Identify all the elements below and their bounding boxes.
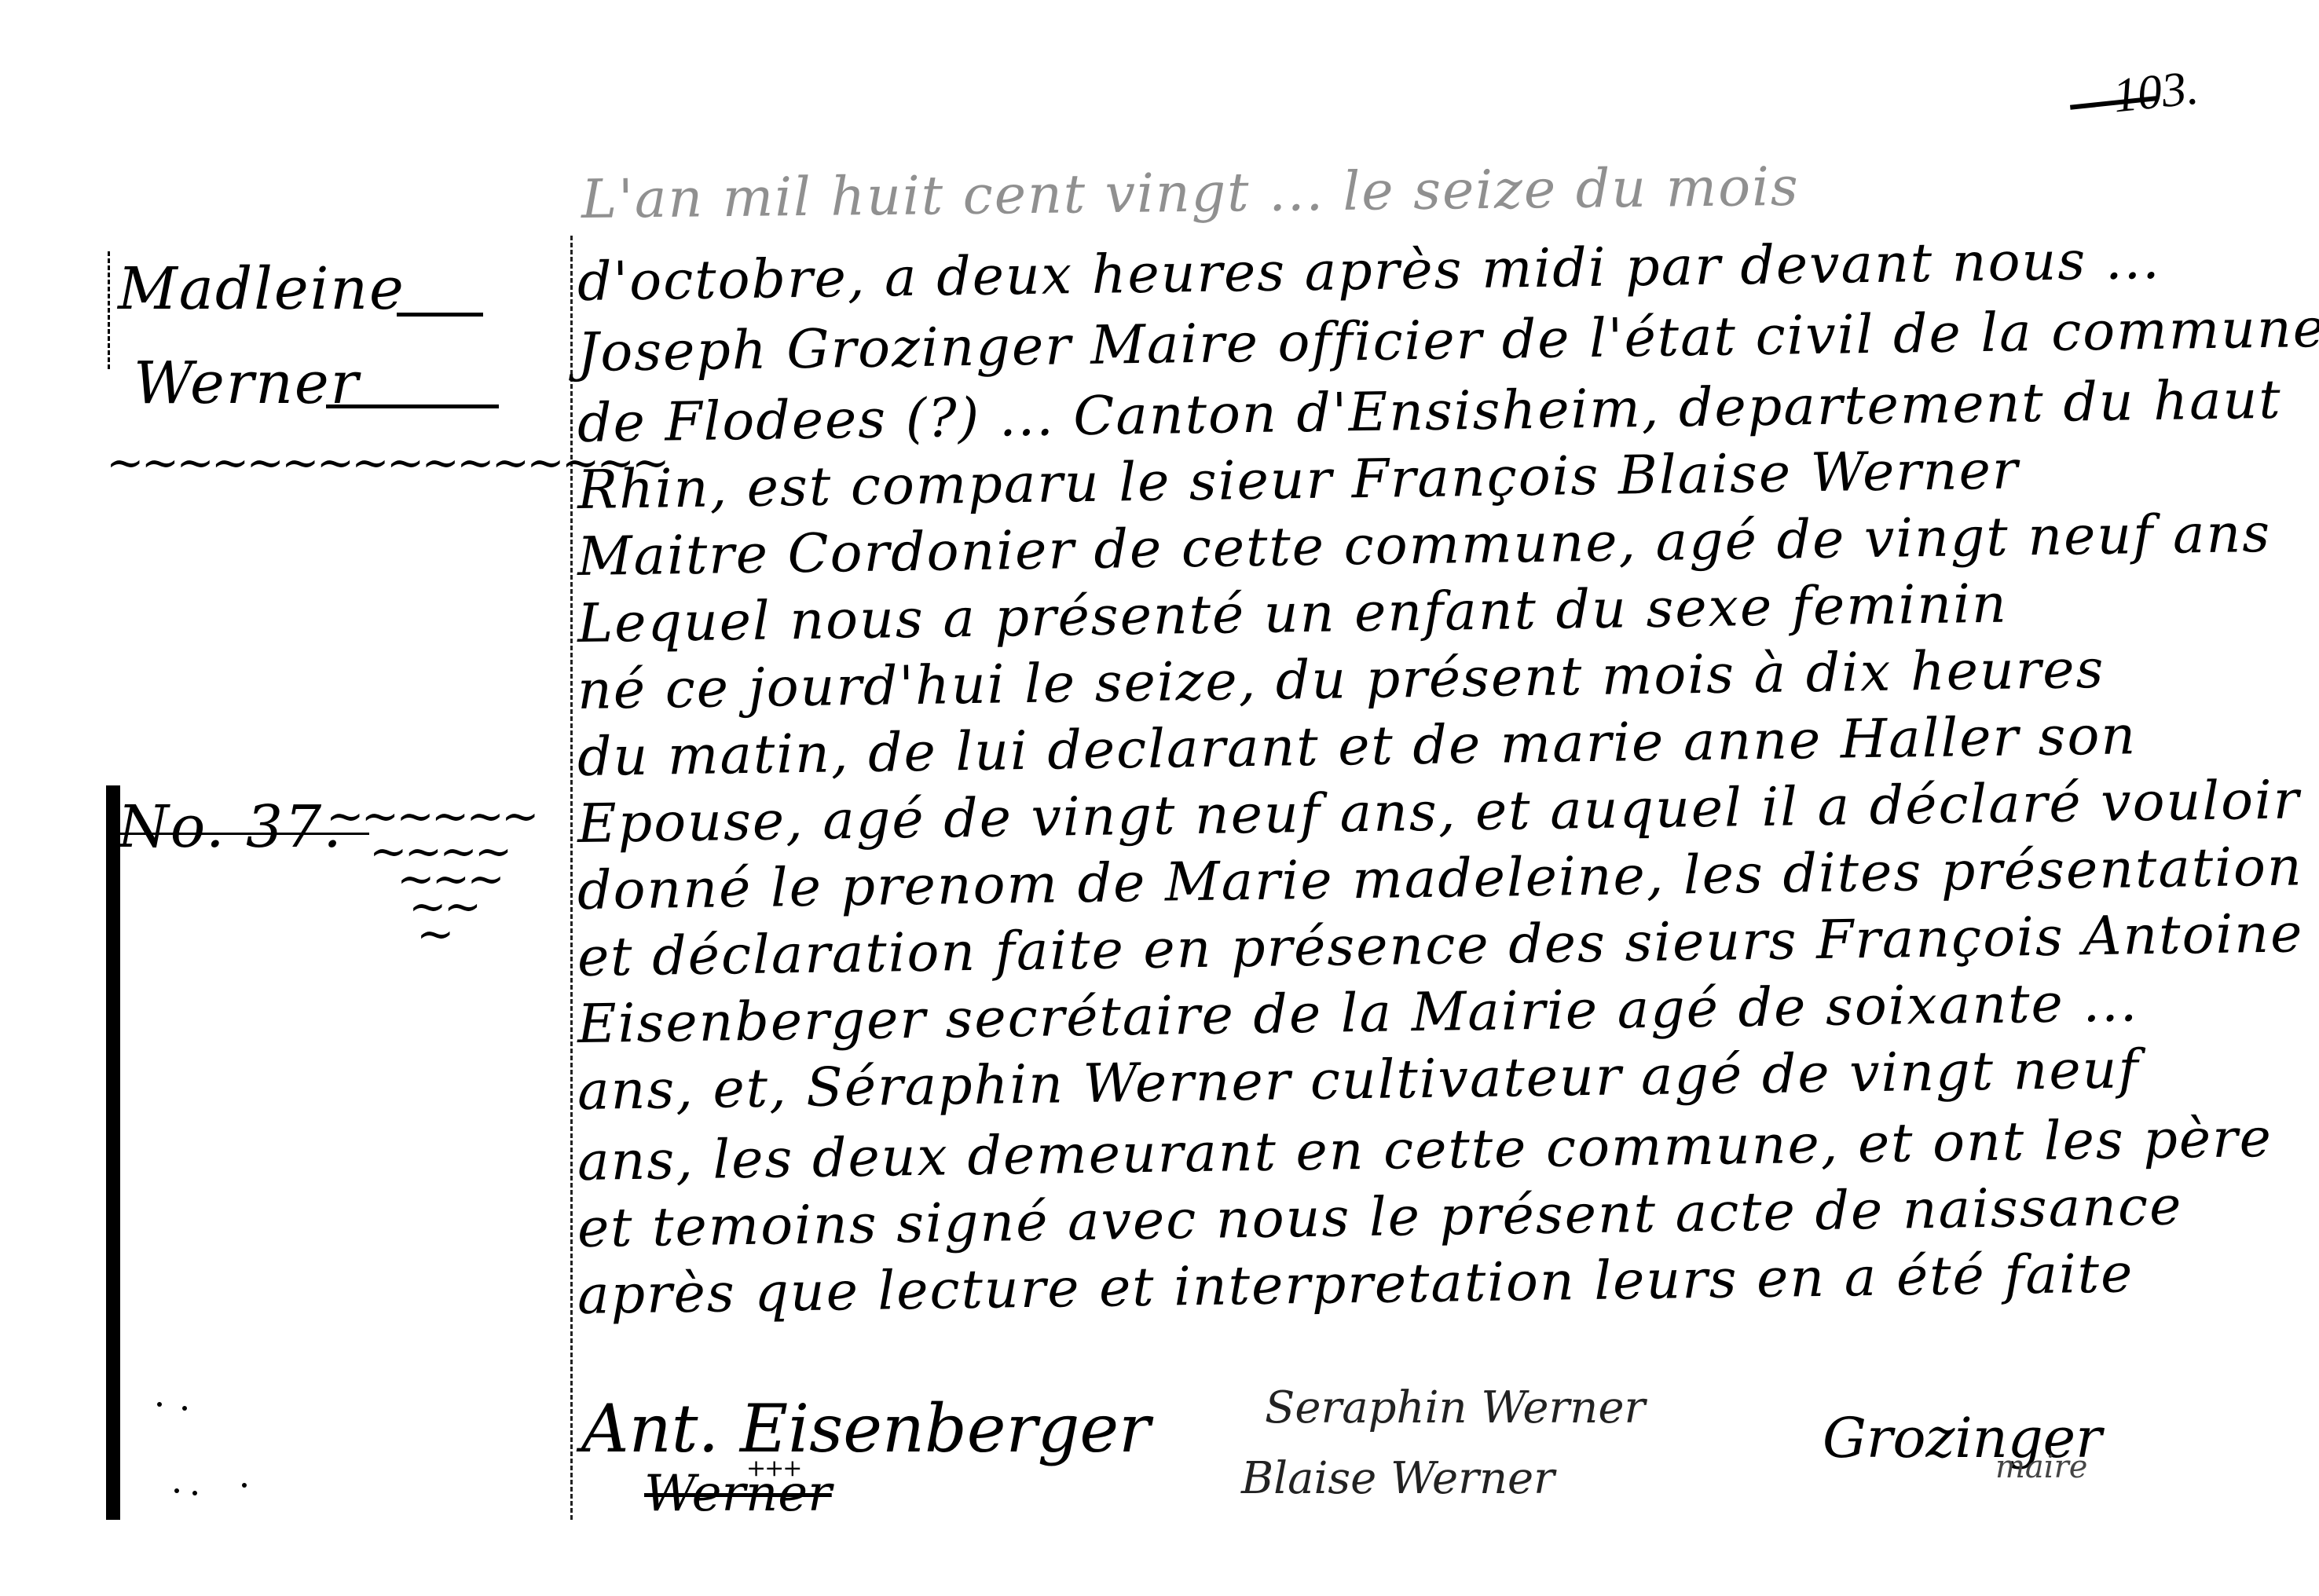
ink-speck bbox=[242, 1483, 247, 1488]
register-page: 103. Madleine Werner ~~~~~~~~~~~~~~~~ No… bbox=[0, 0, 2319, 1596]
ink-speck bbox=[157, 1402, 162, 1407]
entry-flourish-5: ~ bbox=[416, 907, 452, 961]
ink-speck bbox=[174, 1488, 179, 1493]
binding-edge bbox=[106, 785, 120, 1520]
body-line-1: L'an mil huit cent vingt ... le seize du… bbox=[581, 156, 1801, 231]
ink-speck bbox=[192, 1491, 197, 1495]
page-number: 103. bbox=[2111, 60, 2201, 125]
margin-filler-2 bbox=[326, 404, 499, 408]
body-line-4: de Flodees (?) ... Canton d'Ensisheim, d… bbox=[577, 369, 2282, 455]
entry-number: No. 37. bbox=[118, 793, 343, 861]
signature-witness-werner-1: Seraphin Werner bbox=[1265, 1382, 1645, 1433]
margin-name-first: Madleine bbox=[118, 255, 405, 323]
signature-mark: +++ bbox=[746, 1455, 800, 1482]
body-line-2: d'octobre, a deux heures après midi par … bbox=[577, 229, 2161, 313]
binding-edge-top bbox=[108, 251, 113, 369]
margin-rule bbox=[570, 236, 573, 1520]
signature-father-crossed: Werner bbox=[644, 1465, 832, 1523]
body-line-3: Joseph Grozinger Maire officier de l'éta… bbox=[577, 298, 2319, 384]
signature-mayor-title: maire bbox=[1995, 1449, 2087, 1485]
ink-speck bbox=[182, 1406, 187, 1411]
signature-witness-eisenberger: Ant. Eisenberger bbox=[581, 1390, 1150, 1467]
signature-witness-werner-2: Blaise Werner bbox=[1241, 1453, 1555, 1504]
margin-filler-1 bbox=[397, 313, 483, 317]
